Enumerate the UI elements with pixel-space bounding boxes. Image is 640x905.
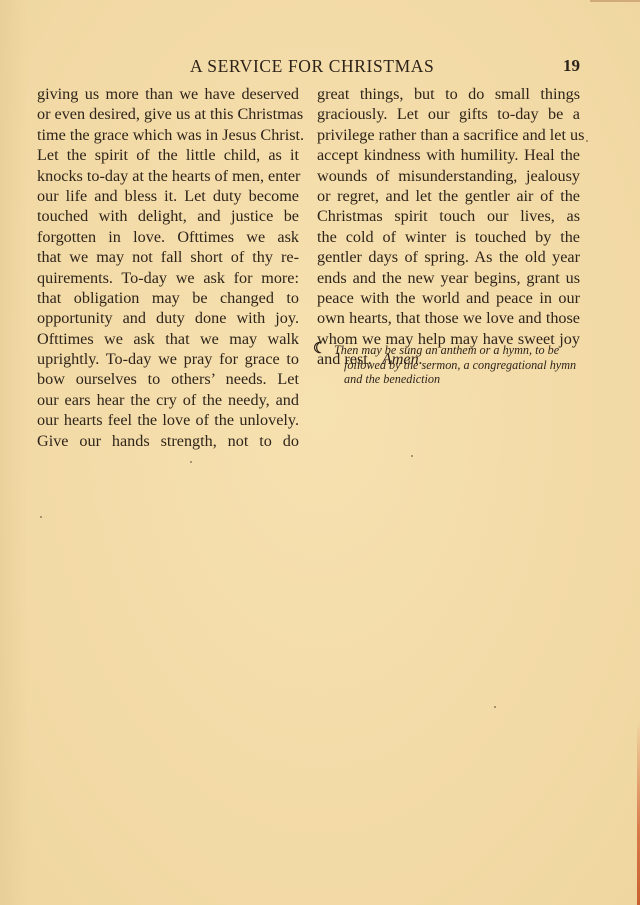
text-line: accept kindness with humility. Heal the (317, 145, 580, 165)
text-line: great things, but to do small things (317, 84, 580, 104)
text-line: Give our hands strength, not to do (37, 431, 299, 451)
text-line: touched with delight, and justice be (37, 206, 299, 226)
text-line: giving us more than we have deserved (37, 84, 299, 104)
rubric-instruction: ☾ Then may be sung an anthem or a hymn, … (313, 343, 585, 387)
running-title: A SERVICE FOR CHRISTMAS (190, 56, 434, 77)
text-line: Let the spirit of the little child, as i… (37, 145, 299, 165)
text-line: wounds of misunderstanding, jealousy (317, 166, 580, 186)
text-line: our hearts feel the love of the unlovely… (37, 410, 299, 430)
paper-speck (40, 516, 42, 518)
text-line: our ears hear the cry of the needy, and (37, 390, 299, 410)
page-header: A SERVICE FOR CHRISTMAS 19 (0, 56, 640, 80)
text-line: privilege rather than a sacrifice and le… (317, 125, 580, 145)
text-line: our life and bless it. Let duty become (37, 186, 299, 206)
text-line: Christmas spirit touch our lives, as (317, 206, 580, 226)
text-line: the cold of winter is touched by the (317, 227, 580, 247)
paper-speck (494, 706, 496, 708)
text-line: knocks to-day at the hearts of men, ente… (37, 166, 299, 186)
text-line: bow ourselves to others’ needs. Let (37, 369, 299, 389)
text-line: graciously. Let our gifts to-day be a (317, 104, 580, 124)
text-line: own hearts, that those we love and those (317, 308, 580, 328)
text-line: gentler days of spring. As the old year (317, 247, 580, 267)
text-line: peace with the world and peace in our (317, 288, 580, 308)
pilcrow-ornament-icon: ☾ (313, 342, 326, 357)
rubric-line: and the benediction (313, 372, 585, 387)
text-line: ends and the new year begins, grant us (317, 268, 580, 288)
text-line: opportunity and duty done with joy. (37, 308, 299, 328)
right-column: great things, but to do small things gra… (317, 84, 580, 369)
page-number: 19 (563, 56, 580, 76)
paper-speck (190, 461, 192, 463)
paper-speck (411, 455, 413, 457)
page-edge-top (590, 0, 640, 2)
text-line: quirements. To-day we ask for more: (37, 268, 299, 288)
text-line: uprightly. To-day we pray for grace to (37, 349, 299, 369)
text-line: that obligation may be changed to (37, 288, 299, 308)
rubric-line: Then may be sung an anthem or a hymn, to… (313, 343, 585, 358)
text-line: forgotten in love. Ofttimes we ask (37, 227, 299, 247)
book-page: A SERVICE FOR CHRISTMAS 19 giving us mor… (0, 0, 640, 905)
text-line: or regret, and let the gentler air of th… (317, 186, 580, 206)
paper-speck (586, 140, 588, 142)
text-line: Ofttimes we ask that we may walk (37, 329, 299, 349)
left-column: giving us more than we have deserved or … (37, 84, 299, 451)
rubric-line: followed by the sermon, a congregational… (313, 358, 585, 373)
text-line: time the grace which was in Jesus Christ… (37, 125, 299, 145)
text-line: or even desired, give us at this Christm… (37, 104, 299, 124)
text-line: that we may not fall short of thy re- (37, 247, 299, 267)
